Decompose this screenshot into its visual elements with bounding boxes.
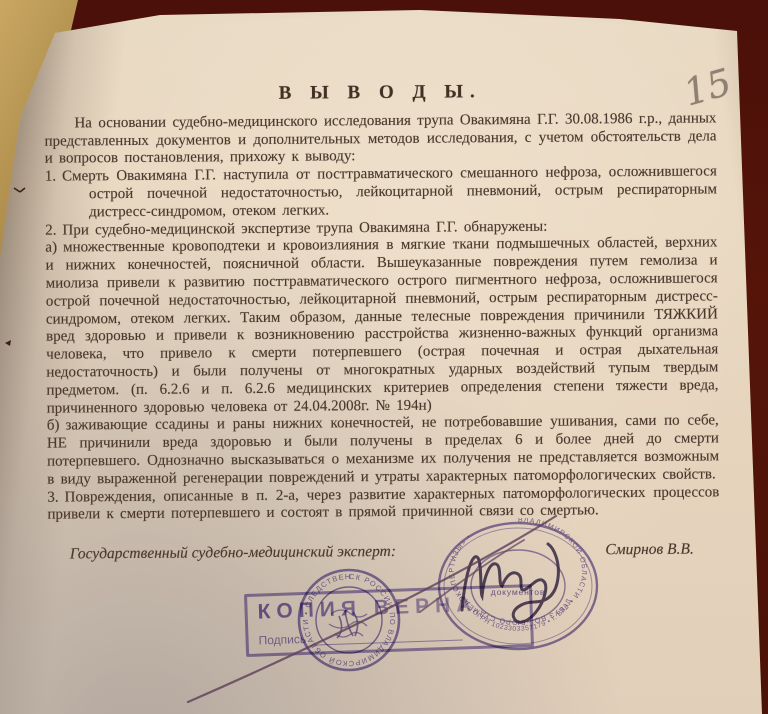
item-marker: б) [47, 418, 66, 434]
photo-of-document: 15 В Ы В О Д Ы. На основании судебно-мед… [0, 0, 768, 714]
conclusion-item-3: 3.Повреждения, описанные в п. 2-а, через… [47, 484, 719, 525]
document-text: В Ы В О Д Ы. На основании судебно-медици… [44, 81, 720, 563]
item-marker: а) [45, 240, 63, 256]
item-text: множественные кровоподтеки и кровоизлиян… [45, 235, 718, 416]
item-marker: 1. [45, 169, 62, 185]
expert-title-label: Государственный судебно-медицинский эксп… [70, 543, 396, 563]
conclusion-item-1: 1.Смерть Овакимяна Г.Г. наступила от пос… [45, 164, 717, 223]
item-text: При судебно-медицинской экспертизе трупа… [62, 218, 547, 238]
expert-name: Смирнов В.В. [605, 541, 694, 559]
conclusion-item-2a: а)множественные кровоподтеки и кровоизли… [45, 235, 718, 418]
item-text: заживающие ссадины и раны нижних конечно… [47, 413, 719, 488]
intro-paragraph: На основании судебно-медицинского исслед… [44, 110, 716, 169]
item-text: Смерть Овакимяна Г.Г. наступила от постт… [62, 164, 717, 221]
conclusion-item-2b: б)заживающие ссадины и раны нижних конеч… [47, 413, 720, 489]
round-seal-forensic-bureau: ВЛАДИМИРСКОЙ ОБЛАСТИ • ГБУЗ ВО «БЮРО СУД… [432, 518, 604, 654]
right-seal-center-text: документов [491, 587, 545, 597]
item-marker: 3. [47, 489, 64, 505]
item-marker: 2. [45, 222, 62, 238]
round-seal-investigative: СК РОССИИ ПО ВЛАДИМИРСКОЙ ОБЛАСТИ • СЛЕД… [295, 566, 403, 674]
item-text: Повреждения, описанные в п. 2-а, через р… [47, 484, 719, 523]
